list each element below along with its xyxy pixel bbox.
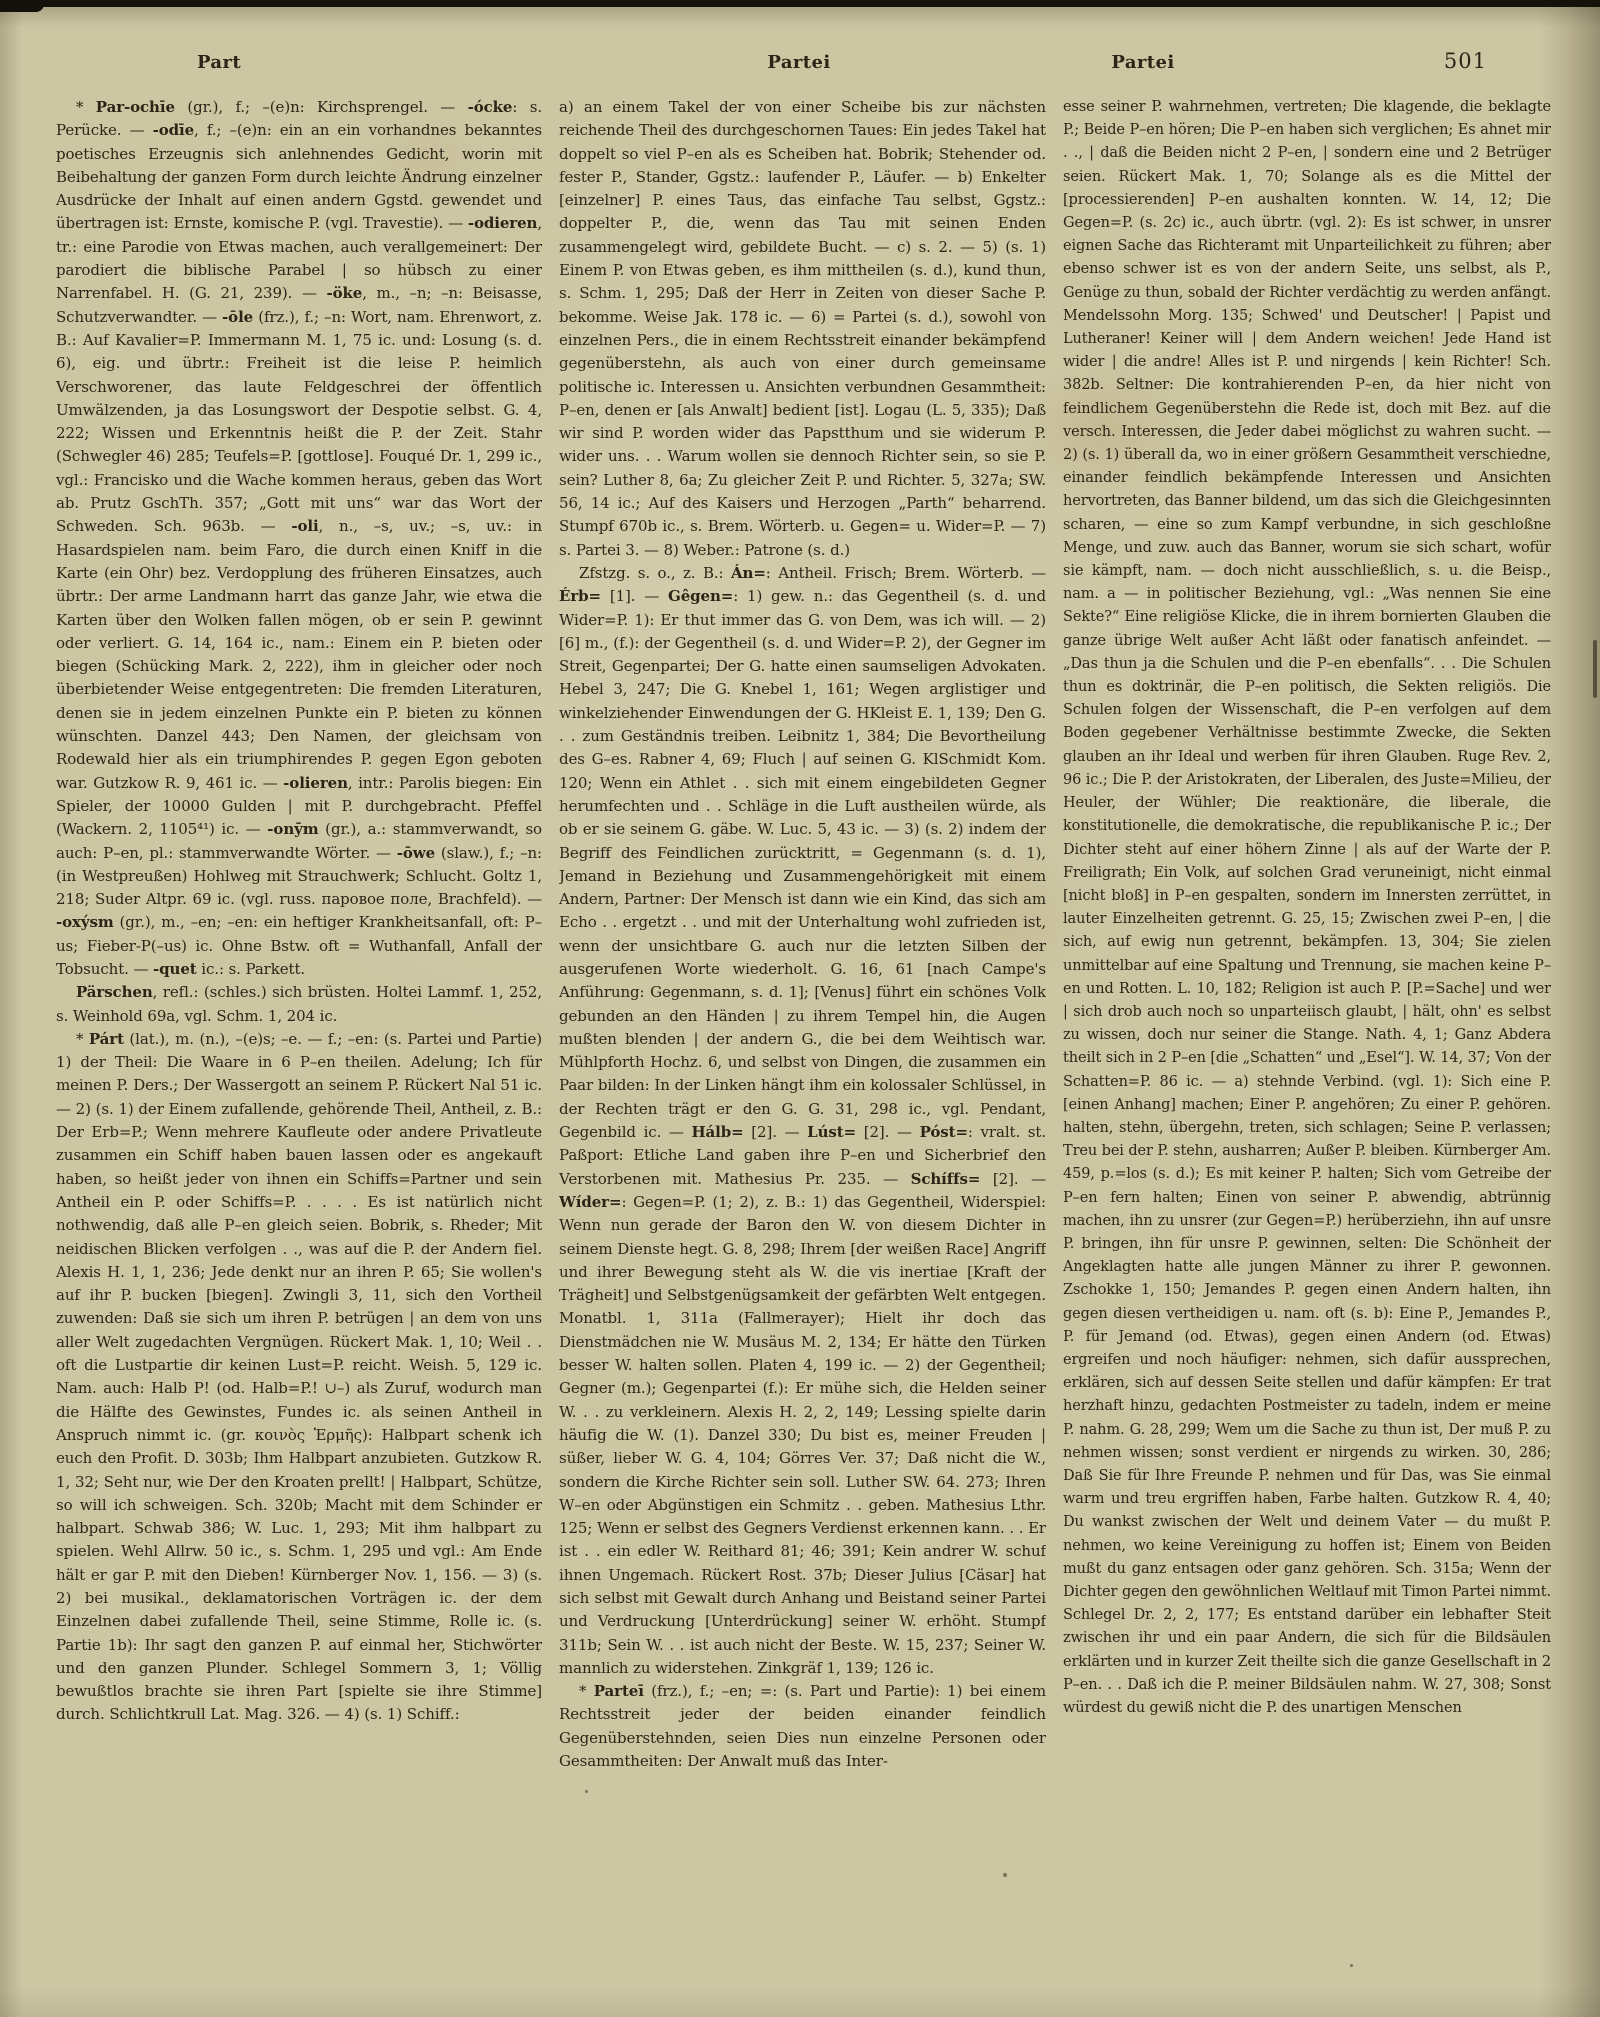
scan-edge-top (0, 0, 1600, 7)
entry-headword: Érb= (559, 587, 601, 605)
scan-edge-corner (0, 0, 44, 12)
column-right: esse seiner P. wahrnehmen, vertreten; Di… (1063, 96, 1551, 2002)
entry-headword: Parteī (594, 1682, 644, 1700)
body-text: [2]. — (980, 1170, 1046, 1188)
entry-headword: -onȳm (267, 820, 318, 838)
entry-headword: -öke (326, 284, 362, 302)
body-text: (lat.), m. (n.), –(e)s; –e. — f.; –en: (… (56, 1030, 542, 1724)
entry-headword: Schíffs= (911, 1170, 981, 1188)
body-text: * (76, 98, 96, 116)
entry-headword: Gêgen= (668, 587, 733, 605)
running-head-center: Partei (767, 52, 830, 73)
paragraph: Pärschen, refl.: (schles.) sich brüsten.… (56, 981, 542, 1028)
body-text: ic.: s. Parkett. (197, 960, 305, 978)
paragraph: * Par-ochīe (gr.), f.; –(e)n: Kirchspren… (56, 96, 542, 981)
body-text: (frz.), f.; –n: Wort, nam. Ehrenwort, z.… (56, 308, 542, 536)
paragraph: a) an einem Takel der von einer Scheibe … (559, 96, 1046, 562)
column-center: a) an einem Takel der von einer Scheibe … (559, 96, 1046, 1958)
entry-headword: Par-ochīe (96, 98, 175, 116)
body-text: : Gegen=P. (1; 2), z. B.: 1) das Gegenth… (559, 1193, 1046, 1677)
body-text: [2]. — (744, 1123, 808, 1141)
running-head-left: Part (197, 52, 241, 73)
body-text: : 1) gew. n.: das Gegentheil (s. d. und … (559, 587, 1046, 1141)
entry-headword: Lúst= (807, 1123, 856, 1141)
entry-headword: Póst= (920, 1123, 968, 1141)
body-text: (gr.), f.; –(e)n: Kirchsprengel. — (175, 98, 468, 116)
entry-headword: -oxýsm (56, 913, 114, 931)
body-text: , n., –s, uv.; –s, uv.: in Hasardspielen… (56, 517, 542, 791)
body-text: a) an einem Takel der von einer Scheibe … (559, 98, 1046, 559)
paper-speck (1593, 640, 1597, 698)
entry-headword: -odieren (468, 214, 538, 232)
entry-headword: Hálb= (691, 1123, 743, 1141)
entry-headword: -ōle (222, 308, 253, 326)
entry-headword: Párt (89, 1030, 124, 1048)
running-head-right: Partei (1111, 52, 1174, 73)
entry-headword: -quet (153, 960, 197, 978)
scanned-dictionary-page: { "page": { "number": "501", "running_he… (0, 0, 1600, 2017)
paragraph: * Párt (lat.), m. (n.), –(e)s; –e. — f.;… (56, 1028, 542, 1727)
column-left: * Par-ochīe (gr.), f.; –(e)n: Kirchspren… (56, 96, 542, 1911)
entry-headword: Pärschen (76, 983, 153, 1001)
paragraph: * Parteī (frz.), f.; –en; =: (s. Part un… (559, 1680, 1046, 1773)
body-text: esse seiner P. wahrnehmen, vertreten; Di… (1063, 99, 1551, 1716)
body-text: : Antheil. Frisch; Brem. Wörterb. — (766, 564, 1046, 582)
entry-headword: -odīe (153, 121, 194, 139)
paragraph: Zfstzg. s. o., z. B.: Án=: Antheil. Fris… (559, 562, 1046, 1680)
body-text: [1]. — (601, 587, 668, 605)
body-text: * (76, 1030, 89, 1048)
entry-headword: Án= (731, 564, 766, 582)
entry-headword: -olieren (283, 774, 348, 792)
page-background: Part Partei Partei 501 * Par-ochīe (gr.)… (0, 0, 1600, 2017)
entry-headword: -ócke (468, 98, 513, 116)
body-text: * (579, 1682, 594, 1700)
page-number: 501 (1444, 49, 1487, 73)
entry-headword: -ōwe (397, 844, 435, 862)
body-text: Zfstzg. s. o., z. B.: (579, 564, 731, 582)
body-text: [2]. — (856, 1123, 920, 1141)
paragraph: esse seiner P. wahrnehmen, vertreten; Di… (1063, 96, 1551, 1720)
entry-headword: Wíder= (559, 1193, 621, 1211)
entry-headword: -oli (291, 517, 318, 535)
